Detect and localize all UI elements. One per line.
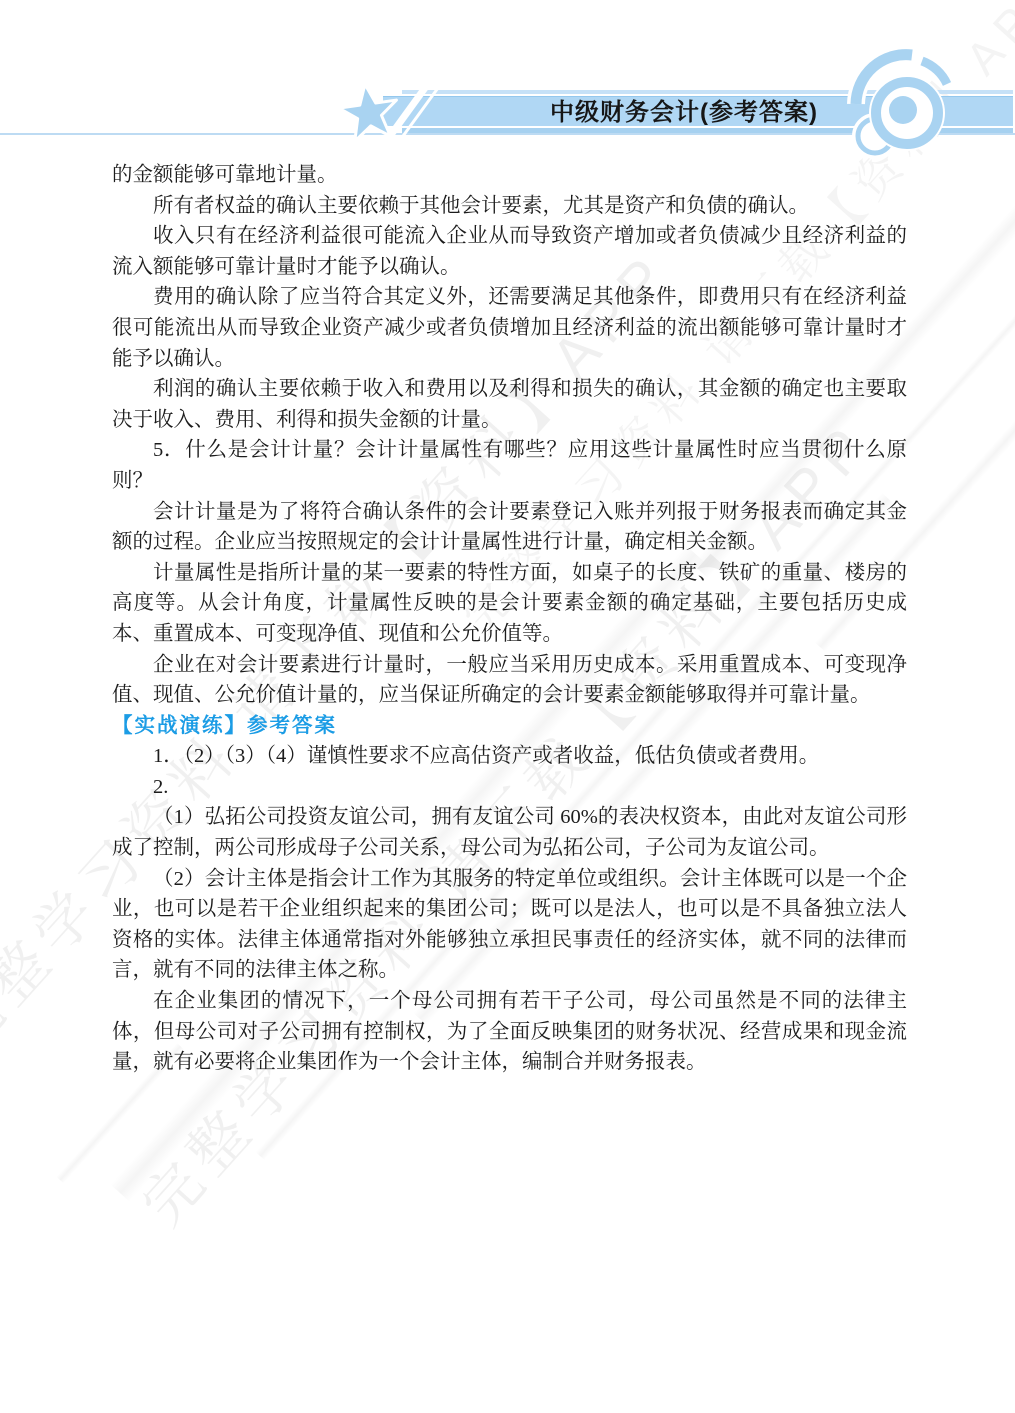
answer-item: 在企业集团的情况下，一个母公司拥有若干子公司，母公司虽然是不同的法律主体，但母公… xyxy=(112,986,907,1078)
section-heading: 【实战演练】参考答案 xyxy=(112,711,907,742)
answer-item: （1）弘拓公司投资友谊公司，拥有友谊公司 60%的表决权资本，由此对友谊公司形成… xyxy=(112,802,907,863)
answer-item: 2. xyxy=(112,772,907,803)
paragraph: 利润的确认主要依赖于收入和费用以及利得和损失的确认，其金额的确定也主要取决于收入… xyxy=(112,374,907,435)
paragraph: 费用的确认除了应当符合其定义外，还需要满足其他条件，即费用只有在经济利益很可能流… xyxy=(112,282,907,374)
brand-circles-logo xyxy=(840,42,974,176)
answer-item: 1．（2）（3）（4）谨慎性要求不应高估资产或者收益，低估负债或者费用。 xyxy=(112,741,907,772)
paragraph: 企业在对会计要素进行计量时，一般应当采用历史成本。采用重置成本、可变现净值、现值… xyxy=(112,650,907,711)
paragraph: 计量属性是指所计量的某一要素的特性方面，如桌子的长度、铁矿的重量、楼房的高度等。… xyxy=(112,558,907,650)
paragraph: 会计计量是为了将符合确认条件的会计要素登记入账并列报于财务报表而确定其金额的过程… xyxy=(112,497,907,558)
document-body: 的金额能够可靠地计量。 所有者权益的确认主要依赖于其他会计要素，尤其是资产和负债… xyxy=(112,160,907,1078)
answer-item: （2）会计主体是指会计工作为其服务的特定单位或组织。会计主体既可以是一个企业，也… xyxy=(112,864,907,986)
question-item: 5．什么是会计计量？会计计量属性有哪些？应用这些计量属性时应当贯彻什么原则？ xyxy=(112,435,907,496)
paragraph: 所有者权益的确认主要依赖于其他会计要素，尤其是资产和负债的确认。 xyxy=(112,191,907,222)
document-page: 完整学习资料 请下载【资料】APP 完整学习资料 请下载【资料】APP 完整学习… xyxy=(0,0,1015,1413)
paragraph: 的金额能够可靠地计量。 xyxy=(112,160,907,191)
paragraph: 收入只有在经济利益很可能流入企业从而导致资产增加或者负债减少且经济利益的流入额能… xyxy=(112,221,907,282)
